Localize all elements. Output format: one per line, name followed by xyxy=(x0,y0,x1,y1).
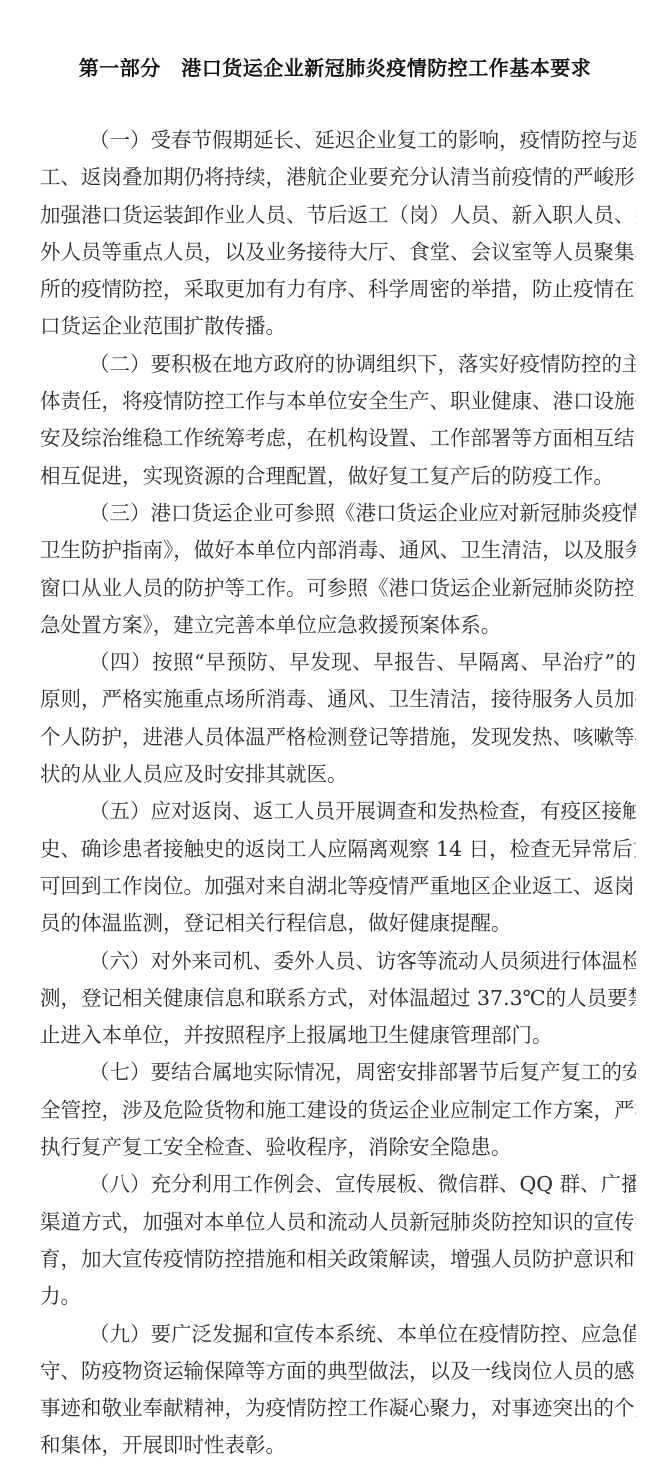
paragraph-line: （三）港口货运企业可参照《港口货运企业应对新冠肺炎疫情 xyxy=(40,495,636,532)
paragraph-line: 个人防护，进港人员体温严格检测登记等措施，发现发热、咳嗽等症 xyxy=(40,719,636,756)
paragraph-line: （六）对外来司机、委外人员、访客等流动人员须进行体温检 xyxy=(40,943,636,980)
paragraph-line: 力。 xyxy=(40,1278,636,1315)
paragraph-line: 止进入本单位，并按照程序上报属地卫生健康管理部门。 xyxy=(40,1017,636,1054)
paragraph-line: 全管控，涉及危险货物和施工建设的货运企业应制定工作方案，严格 xyxy=(40,1092,636,1129)
paragraph-line: 守、防疫物资运输保障等方面的典型做法，以及一线岗位人员的感人 xyxy=(40,1353,636,1390)
paragraph-5: （五）应对返岗、返工人员开展调查和发热检查，有疫区接触 史、确诊患者接触史的返岗… xyxy=(40,793,636,942)
paragraph-line: （八）充分利用工作例会、宣传展板、微信群、QQ 群、广播等 xyxy=(40,1166,636,1203)
paragraph-line: 员的体温监测，登记相关行程信息，做好健康提醒。 xyxy=(40,905,636,942)
paragraph-8: （八）充分利用工作例会、宣传展板、微信群、QQ 群、广播等 渠道方式，加强对本单… xyxy=(40,1166,636,1315)
paragraph-line: 体责任，将疫情防控工作与本单位安全生产、职业健康、港口设施保 xyxy=(40,383,636,420)
paragraph-line: 所的疫情防控，采取更加有力有序、科学周密的举措，防止疫情在港 xyxy=(40,271,636,308)
paragraph-line: （二）要积极在地方政府的协调组织下，落实好疫情防控的主 xyxy=(40,346,636,383)
paragraph-6: （六）对外来司机、委外人员、访客等流动人员须进行体温检 测，登记相关健康信息和联… xyxy=(40,943,636,1055)
paragraph-line: 状的从业人员应及时安排其就医。 xyxy=(40,756,636,793)
paragraph-line: （九）要广泛发掘和宣传本系统、本单位在疫情防控、应急值 xyxy=(40,1316,636,1353)
paragraph-line: 和集体，开展即时性表彰。 xyxy=(40,1427,636,1464)
paragraph-line: 加强港口货运装卸作业人员、节后返工（岗）人员、新入职人员、委 xyxy=(40,197,636,234)
paragraph-4: （四）按照“早预防、早发现、早报告、早隔离、早治疗”的 原则，严格实施重点场所消… xyxy=(40,644,636,793)
document-title: 第一部分 港口货运企业新冠肺炎疫情防控工作基本要求 xyxy=(0,52,670,81)
paragraph-line: （七）要结合属地实际情况，周密安排部署节后复产复工的安 xyxy=(40,1054,636,1091)
paragraph-line: 渠道方式，加强对本单位人员和流动人员新冠肺炎防控知识的宣传教 xyxy=(40,1204,636,1241)
paragraph-line: 事迹和敬业奉献精神，为疫情防控工作凝心聚力，对事迹突出的个人 xyxy=(40,1390,636,1427)
paragraph-line: 史、确诊患者接触史的返岗工人应隔离观察 14 日，检查无异常后方 xyxy=(40,831,636,868)
paragraph-line: （四）按照“早预防、早发现、早报告、早隔离、早治疗”的 xyxy=(40,644,636,681)
paragraph-line: 窗口从业人员的防护等工作。可参照《港口货运企业新冠肺炎防控应 xyxy=(40,570,636,607)
paragraph-line: 工、返岗叠加期仍将持续，港航企业要充分认清当前疫情的严峻形势， xyxy=(40,159,636,196)
paragraph-line: 安及综治维稳工作统筹考虑，在机构设置、工作部署等方面相互结合、 xyxy=(40,420,636,457)
paragraph-line: 口货运企业范围扩散传播。 xyxy=(40,308,636,345)
document-body: （一）受春节假期延长、延迟企业复工的影响，疫情防控与返 工、返岗叠加期仍将持续，… xyxy=(40,122,636,1465)
paragraph-1: （一）受春节假期延长、延迟企业复工的影响，疫情防控与返 工、返岗叠加期仍将持续，… xyxy=(40,122,636,346)
paragraph-line: 外人员等重点人员，以及业务接待大厅、食堂、会议室等人员聚集场 xyxy=(40,234,636,271)
paragraph-line: 卫生防护指南》，做好本单位内部消毒、通风、卫生清洁，以及服务 xyxy=(40,532,636,569)
paragraph-3: （三）港口货运企业可参照《港口货运企业应对新冠肺炎疫情 卫生防护指南》，做好本单… xyxy=(40,495,636,644)
paragraph-line: 测，登记相关健康信息和联系方式，对体温超过 37.3℃的人员要禁 xyxy=(40,980,636,1017)
paragraph-line: 相互促进，实现资源的合理配置，做好复工复产后的防疫工作。 xyxy=(40,458,636,495)
paragraph-line: 育，加大宣传疫情防控措施和相关政策解读，增强人员防护意识和能 xyxy=(40,1241,636,1278)
paragraph-line: （一）受春节假期延长、延迟企业复工的影响，疫情防控与返 xyxy=(40,122,636,159)
paragraph-2: （二）要积极在地方政府的协调组织下，落实好疫情防控的主 体责任，将疫情防控工作与… xyxy=(40,346,636,495)
paragraph-line: （五）应对返岗、返工人员开展调查和发热检查，有疫区接触 xyxy=(40,793,636,830)
paragraph-line: 执行复产复工安全检查、验收程序，消除安全隐患。 xyxy=(40,1129,636,1166)
paragraph-line: 急处置方案》，建立完善本单位应急救援预案体系。 xyxy=(40,607,636,644)
paragraph-line: 原则，严格实施重点场所消毒、通风、卫生清洁，接待服务人员加强 xyxy=(40,681,636,718)
paragraph-9: （九）要广泛发掘和宣传本系统、本单位在疫情防控、应急值 守、防疫物资运输保障等方… xyxy=(40,1316,636,1465)
paragraph-line: 可回到工作岗位。加强对来自湖北等疫情严重地区企业返工、返岗人 xyxy=(40,868,636,905)
paragraph-7: （七）要结合属地实际情况，周密安排部署节后复产复工的安 全管控，涉及危险货物和施… xyxy=(40,1054,636,1166)
